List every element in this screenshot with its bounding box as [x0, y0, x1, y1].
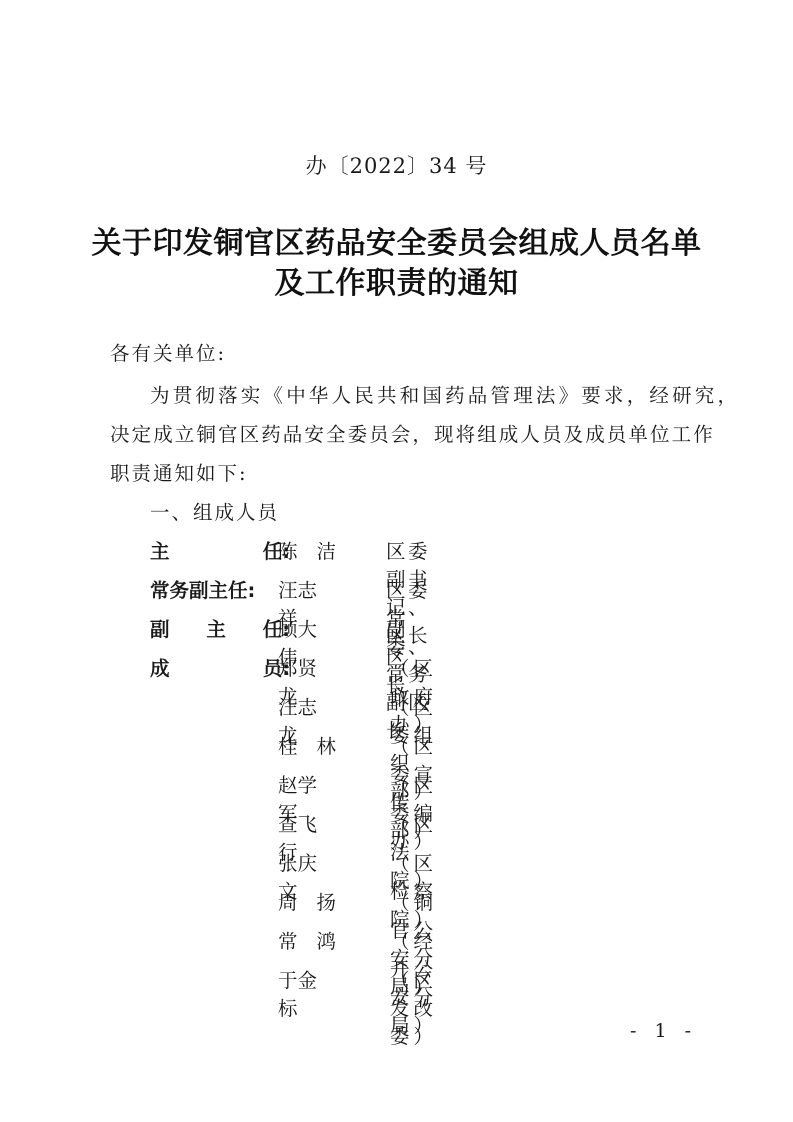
paragraph-line-2: 决定成立铜官区药品安全委员会，现将组成人员及成员单位工作	[110, 419, 715, 447]
section-heading: 一、组成人员	[150, 497, 279, 525]
salutation: 各有关单位:	[110, 338, 226, 366]
person-name: 于金标	[278, 965, 336, 1021]
role-label: 副 主 任:	[150, 614, 290, 642]
person-name: 周扬	[278, 887, 336, 915]
document-title-line-1: 关于印发铜官区药品安全委员会组成人员名单	[0, 218, 793, 262]
member-unit: （区发改委）	[390, 965, 437, 1049]
role-label: 成 员:	[150, 653, 290, 681]
role-label: 常务副主任:	[150, 575, 290, 603]
page-number: - 1 -	[630, 1020, 697, 1042]
person-name: 桂林	[278, 731, 336, 759]
document-title-line-2: 及工作职责的通知	[0, 258, 793, 302]
document-number: 办〔2022〕34 号	[0, 150, 793, 180]
paragraph-line-3: 职责通知如下:	[110, 458, 248, 486]
person-name: 陈 洁	[278, 536, 336, 564]
paragraph-line-1: 为贯彻落实《中华人民共和国药品管理法》要求，经研究，	[150, 380, 740, 408]
person-name: 常鸿	[278, 926, 336, 954]
role-label: 主 任:	[150, 536, 290, 564]
